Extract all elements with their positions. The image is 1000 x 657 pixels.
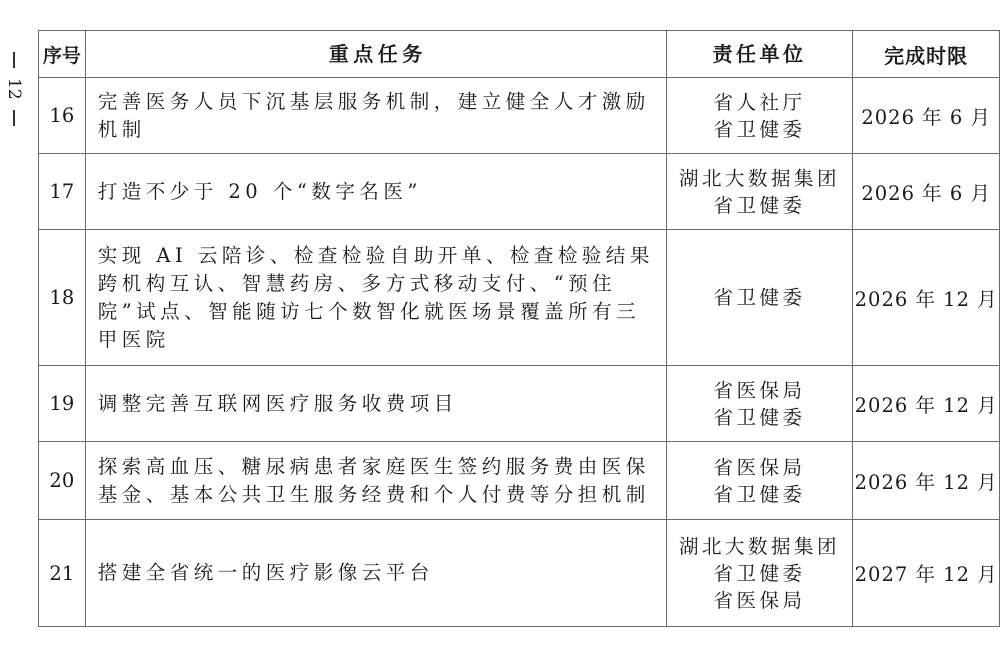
row-units: 湖北大数据集团 省卫健委 省医保局 (666, 520, 853, 627)
unit-name: 省医保局 (667, 587, 853, 614)
unit-name: 湖北大数据集团 (667, 533, 853, 560)
table-row: 20 探索高血压、糖尿病患者家庭医生签约服务费由医保基金、基本公共卫生服务经费和… (39, 442, 1000, 520)
row-task: 调整完善互联网医疗服务收费项目 (85, 366, 666, 442)
row-deadline: 2026 年 12 月 (853, 442, 1000, 520)
key-tasks-table: 序号 重点任务 责任单位 完成时限 16 完善医务人员下沉基层服务机制，建立健全… (38, 30, 1000, 627)
unit-name: 省卫健委 (667, 284, 853, 311)
unit-name: 省卫健委 (667, 192, 853, 219)
row-task: 打造不少于 20 个“数字名医” (85, 154, 666, 230)
header-deadline: 完成时限 (853, 31, 1000, 78)
page-number: 12 (4, 78, 24, 100)
table-row: 17 打造不少于 20 个“数字名医” 湖北大数据集团 省卫健委 2026 年 … (39, 154, 1000, 230)
unit-name: 省医保局 (667, 454, 853, 481)
row-deadline: 2027 年 12 月 (853, 520, 1000, 627)
unit-name: 省人社厅 (667, 89, 853, 116)
row-task: 探索高血压、糖尿病患者家庭医生签约服务费由医保基金、基本公共卫生服务经费和个人付… (85, 442, 666, 520)
row-units: 省人社厅 省卫健委 (666, 78, 853, 154)
row-index: 17 (39, 154, 86, 230)
table-row: 21 搭建全省统一的医疗影像云平台 湖北大数据集团 省卫健委 省医保局 2027… (39, 520, 1000, 627)
row-deadline: 2026 年 12 月 (853, 230, 1000, 366)
row-index: 16 (39, 78, 86, 154)
table-row: 16 完善医务人员下沉基层服务机制，建立健全人才激励机制 省人社厅 省卫健委 2… (39, 78, 1000, 154)
table-row: 18 实现 AI 云陪诊、检查检验自助开单、检查检验结果跨机构互认、智慧药房、多… (39, 230, 1000, 366)
unit-name: 省卫健委 (667, 404, 853, 431)
row-units: 省医保局 省卫健委 (666, 442, 853, 520)
row-units: 省医保局 省卫健委 (666, 366, 853, 442)
row-task: 实现 AI 云陪诊、检查检验自助开单、检查检验结果跨机构互认、智慧药房、多方式移… (85, 230, 666, 366)
unit-name: 省卫健委 (667, 560, 853, 587)
dash-divider (13, 52, 15, 68)
header-unit: 责任单位 (666, 31, 853, 78)
table-header-row: 序号 重点任务 责任单位 完成时限 (39, 31, 1000, 78)
row-task: 搭建全省统一的医疗影像云平台 (85, 520, 666, 627)
unit-name: 湖北大数据集团 (667, 165, 853, 192)
row-task: 完善医务人员下沉基层服务机制，建立健全人才激励机制 (85, 78, 666, 154)
row-index: 20 (39, 442, 86, 520)
header-index: 序号 (39, 31, 86, 78)
row-deadline: 2026 年 6 月 (853, 78, 1000, 154)
table-row: 19 调整完善互联网医疗服务收费项目 省医保局 省卫健委 2026 年 12 月 (39, 366, 1000, 442)
row-deadline: 2026 年 6 月 (853, 154, 1000, 230)
dash-divider (13, 110, 15, 126)
unit-name: 省医保局 (667, 377, 853, 404)
row-deadline: 2026 年 12 月 (853, 366, 1000, 442)
row-index: 21 (39, 520, 86, 627)
row-index: 19 (39, 366, 86, 442)
page-number-marker: 12 (0, 48, 28, 148)
row-index: 18 (39, 230, 86, 366)
row-units: 湖北大数据集团 省卫健委 (666, 154, 853, 230)
unit-name: 省卫健委 (667, 116, 853, 143)
unit-name: 省卫健委 (667, 481, 853, 508)
row-units: 省卫健委 (666, 230, 853, 366)
header-task: 重点任务 (85, 31, 666, 78)
